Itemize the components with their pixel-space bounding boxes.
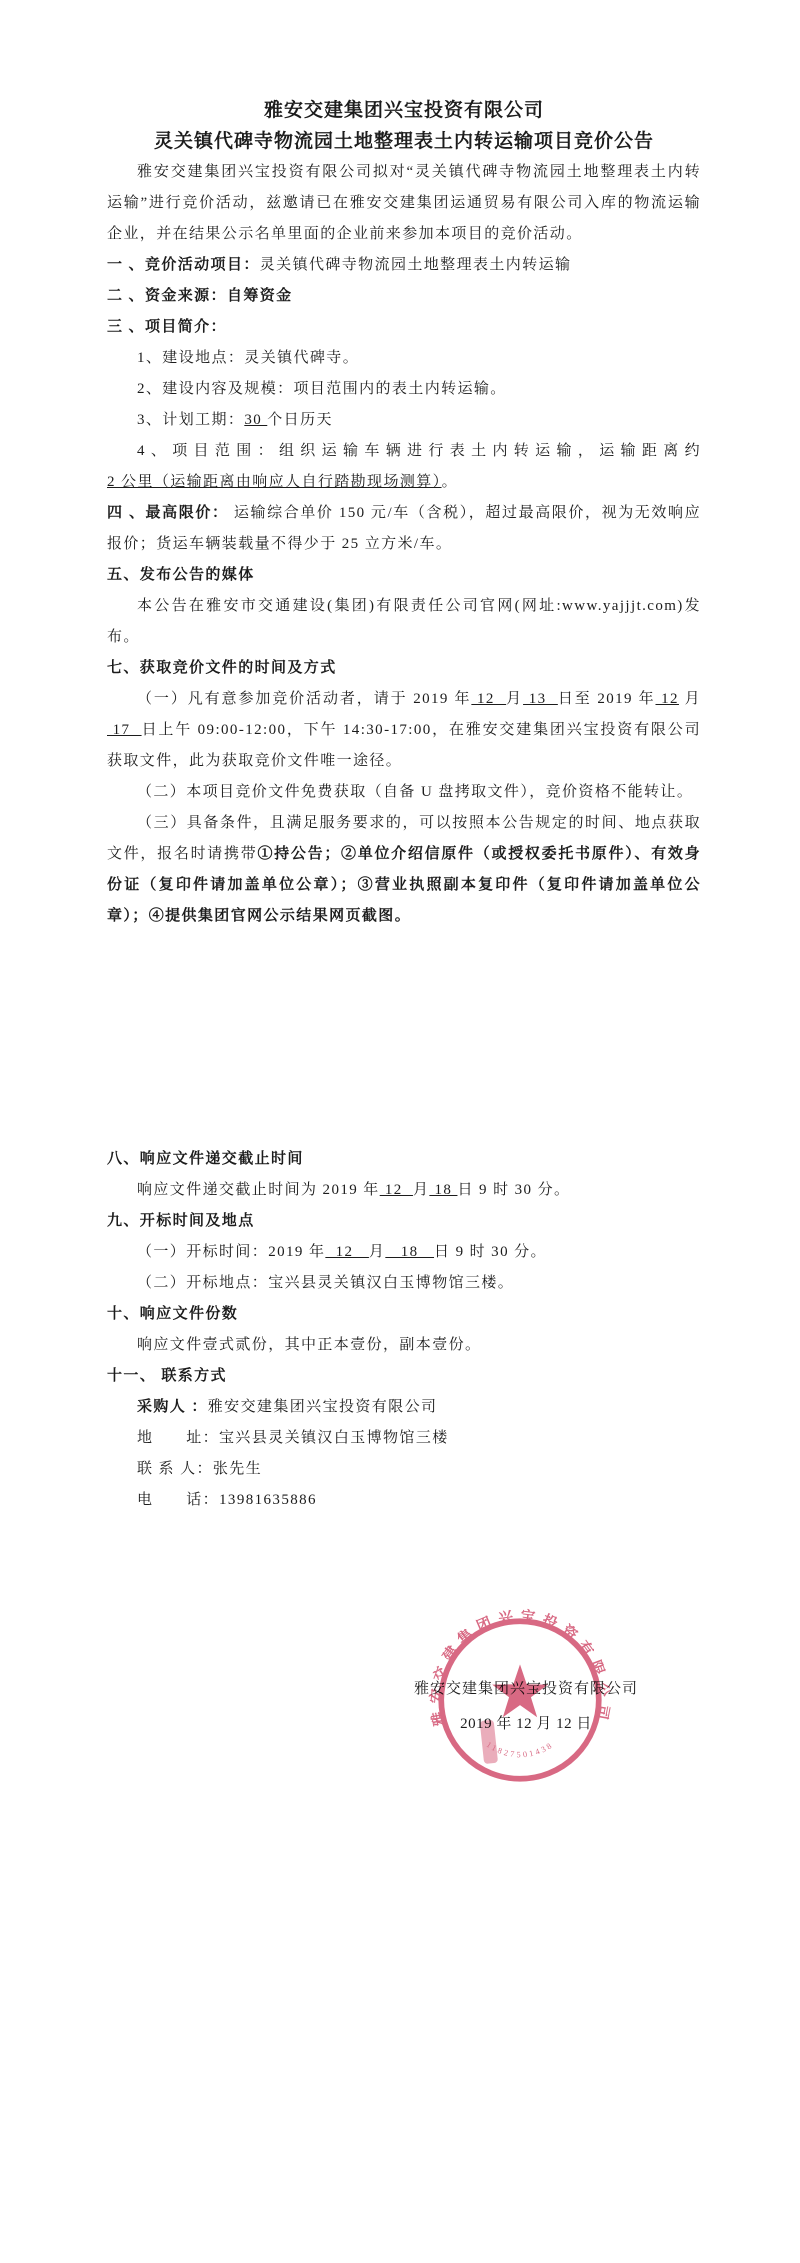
deadline-text: 响应文件递交截止时间为 2019 年 bbox=[137, 1182, 380, 1198]
item-4-text: 4、项目范围：组织运输车辆进行表土内转运输，运输距离约 bbox=[137, 443, 701, 459]
para-1-sep-2: 日至 2019 年 bbox=[558, 691, 656, 707]
opening-month: 12 bbox=[325, 1244, 369, 1260]
section-8-text: 响应文件递交截止时间为 2019 年 12 月 18 日 9 时 30 分。 bbox=[107, 1175, 701, 1206]
para-1-text: （一）凡有意参加竞价活动者，请于 2019 年 bbox=[137, 691, 471, 707]
section-7-para-1: （一）凡有意参加竞价活动者，请于 2019 年 12 月 13 日至 2019 … bbox=[107, 684, 701, 777]
item-4-underlined-value: 2 公里（运输距离由响应人自行踏勘现场测算） bbox=[107, 474, 442, 490]
phone-value: 13981635886 bbox=[219, 1492, 317, 1508]
para-1-sep-1: 月 bbox=[506, 691, 523, 707]
document-body: 雅安交建集团兴宝投资有限公司 灵关镇代碑寺物流园土地整理表土内转运输项目竞价公告… bbox=[107, 95, 701, 1516]
opening-sep: 月 bbox=[369, 1244, 385, 1260]
deadline-text-after: 日 9 时 30 分。 bbox=[457, 1182, 570, 1198]
address-label: 地 址： bbox=[137, 1430, 219, 1446]
phone-label: 电 话： bbox=[137, 1492, 219, 1508]
section-5-text: 本公告在雅安市交通建设(集团)有限责任公司官网(网址:www.yajjjt.co… bbox=[107, 591, 701, 653]
opening-time-after: 日 9 时 30 分。 bbox=[434, 1244, 547, 1260]
section-3-item-2: 2、建设内容及规模：项目范围内的表土内转运输。 bbox=[107, 374, 701, 405]
opening-time-text: （一）开标时间：2019 年 bbox=[137, 1244, 325, 1260]
para-1-day-start: 13 bbox=[523, 691, 558, 707]
section-1-text: 灵关镇代碑寺物流园土地整理表土内转运输 bbox=[260, 257, 572, 273]
para-1-text-after: 日上午 09:00-12:00，下午 14:30-17:00，在雅安交建集团兴宝… bbox=[107, 722, 701, 769]
contact-person: 联 系 人：张先生 bbox=[107, 1454, 701, 1485]
deadline-day: 18 bbox=[429, 1182, 457, 1198]
opening-day: 18 bbox=[385, 1244, 434, 1260]
item-3-underlined-value: 30 bbox=[244, 412, 267, 428]
section-4: 四 、最高限价： 运输综合单价 150 元/车（含税），超过最高限价，视为无效响… bbox=[107, 498, 701, 560]
signature-company: 雅安交建集团兴宝投资有限公司 bbox=[413, 1678, 639, 1700]
contact-buyer: 采购人 ：雅安交建集团兴宝投资有限公司 bbox=[107, 1392, 701, 1423]
contact-phone: 电 话：13981635886 bbox=[107, 1485, 701, 1516]
section-10-text: 响应文件壹式贰份，其中正本壹份，副本壹份。 bbox=[107, 1330, 701, 1361]
section-9: 九、开标时间及地点 bbox=[107, 1206, 701, 1237]
section-3-item-4: 4、项目范围：组织运输车辆进行表土内转运输，运输距离约 2 公里（运输距离由响应… bbox=[107, 436, 701, 498]
section-9-para-2: （二）开标地点：宝兴县灵关镇汉白玉博物馆三楼。 bbox=[107, 1268, 701, 1299]
item-3-text: 3、计划工期： bbox=[137, 412, 244, 428]
section-7-para-3: （三）具备条件，且满足服务要求的，可以按照本公告规定的时间、地点获取文件，报名时… bbox=[107, 808, 701, 932]
para-1-month-start: 12 bbox=[471, 691, 506, 707]
para-1-sep-3: 月 bbox=[679, 691, 701, 707]
para-1-month-end: 12 bbox=[655, 691, 678, 707]
contact-address: 地 址：宝兴县灵关镇汉白玉博物馆三楼 bbox=[107, 1423, 701, 1454]
section-11: 十一、 联系方式 bbox=[107, 1361, 701, 1392]
section-9-para-1: （一）开标时间：2019 年 12 月 18 日 9 时 30 分。 bbox=[107, 1237, 701, 1268]
intro-paragraph: 雅安交建集团兴宝投资有限公司拟对“灵关镇代碑寺物流园土地整理表土内转运输”进行竞… bbox=[107, 157, 701, 250]
signature-date: 2019 年 12 月 12 日 bbox=[413, 1713, 639, 1735]
buyer-value: 雅安交建集团兴宝投资有限公司 bbox=[208, 1399, 438, 1415]
buyer-label: 采购人 ： bbox=[137, 1399, 208, 1415]
deadline-month: 12 bbox=[380, 1182, 413, 1198]
person-label: 联 系 人： bbox=[137, 1461, 213, 1477]
deadline-sep: 月 bbox=[413, 1182, 429, 1198]
announcement-document: 雅安交建集团兴宝投资有限公司 灵关镇代碑寺物流园土地整理表土内转运输项目竞价公告… bbox=[0, 0, 800, 2263]
person-value: 张先生 bbox=[213, 1461, 262, 1477]
section-7-para-2: （二）本项目竞价文件免费获取（自备 U 盘拷取文件），竞价资格不能转让。 bbox=[107, 777, 701, 808]
company-title: 雅安交建集团兴宝投资有限公司 bbox=[107, 95, 701, 126]
section-10: 十、响应文件份数 bbox=[107, 1299, 701, 1330]
page-break-gap bbox=[107, 932, 701, 1144]
section-5: 五、发布公告的媒体 bbox=[107, 560, 701, 591]
item-3-text-after: 个日历天 bbox=[267, 412, 333, 428]
item-4-text-after: 。 bbox=[442, 474, 458, 490]
section-7: 七、获取竞价文件的时间及方式 bbox=[107, 653, 701, 684]
section-3-item-1: 1、建设地点：灵关镇代碑寺。 bbox=[107, 343, 701, 374]
address-value: 宝兴县灵关镇汉白玉博物馆三楼 bbox=[219, 1430, 449, 1446]
section-1-label: 一 、竞价活动项目： bbox=[107, 257, 260, 273]
section-4-label: 四 、最高限价： bbox=[107, 505, 229, 521]
announcement-title: 灵关镇代碑寺物流园土地整理表土内转运输项目竞价公告 bbox=[107, 126, 701, 157]
signature-block: 雅安交建集团兴宝投资有限公司 2019 年 12 月 12 日 bbox=[413, 1678, 639, 1735]
para-1-day-end: 17 bbox=[107, 722, 142, 738]
section-3-item-3: 3、计划工期：30 个日历天 bbox=[107, 405, 701, 436]
section-8: 八、响应文件递交截止时间 bbox=[107, 1144, 701, 1175]
section-1: 一 、竞价活动项目：灵关镇代碑寺物流园土地整理表土内转运输 bbox=[107, 250, 701, 281]
section-2: 二 、资金来源：自筹资金 bbox=[107, 281, 701, 312]
section-3: 三 、项目简介： bbox=[107, 312, 701, 343]
